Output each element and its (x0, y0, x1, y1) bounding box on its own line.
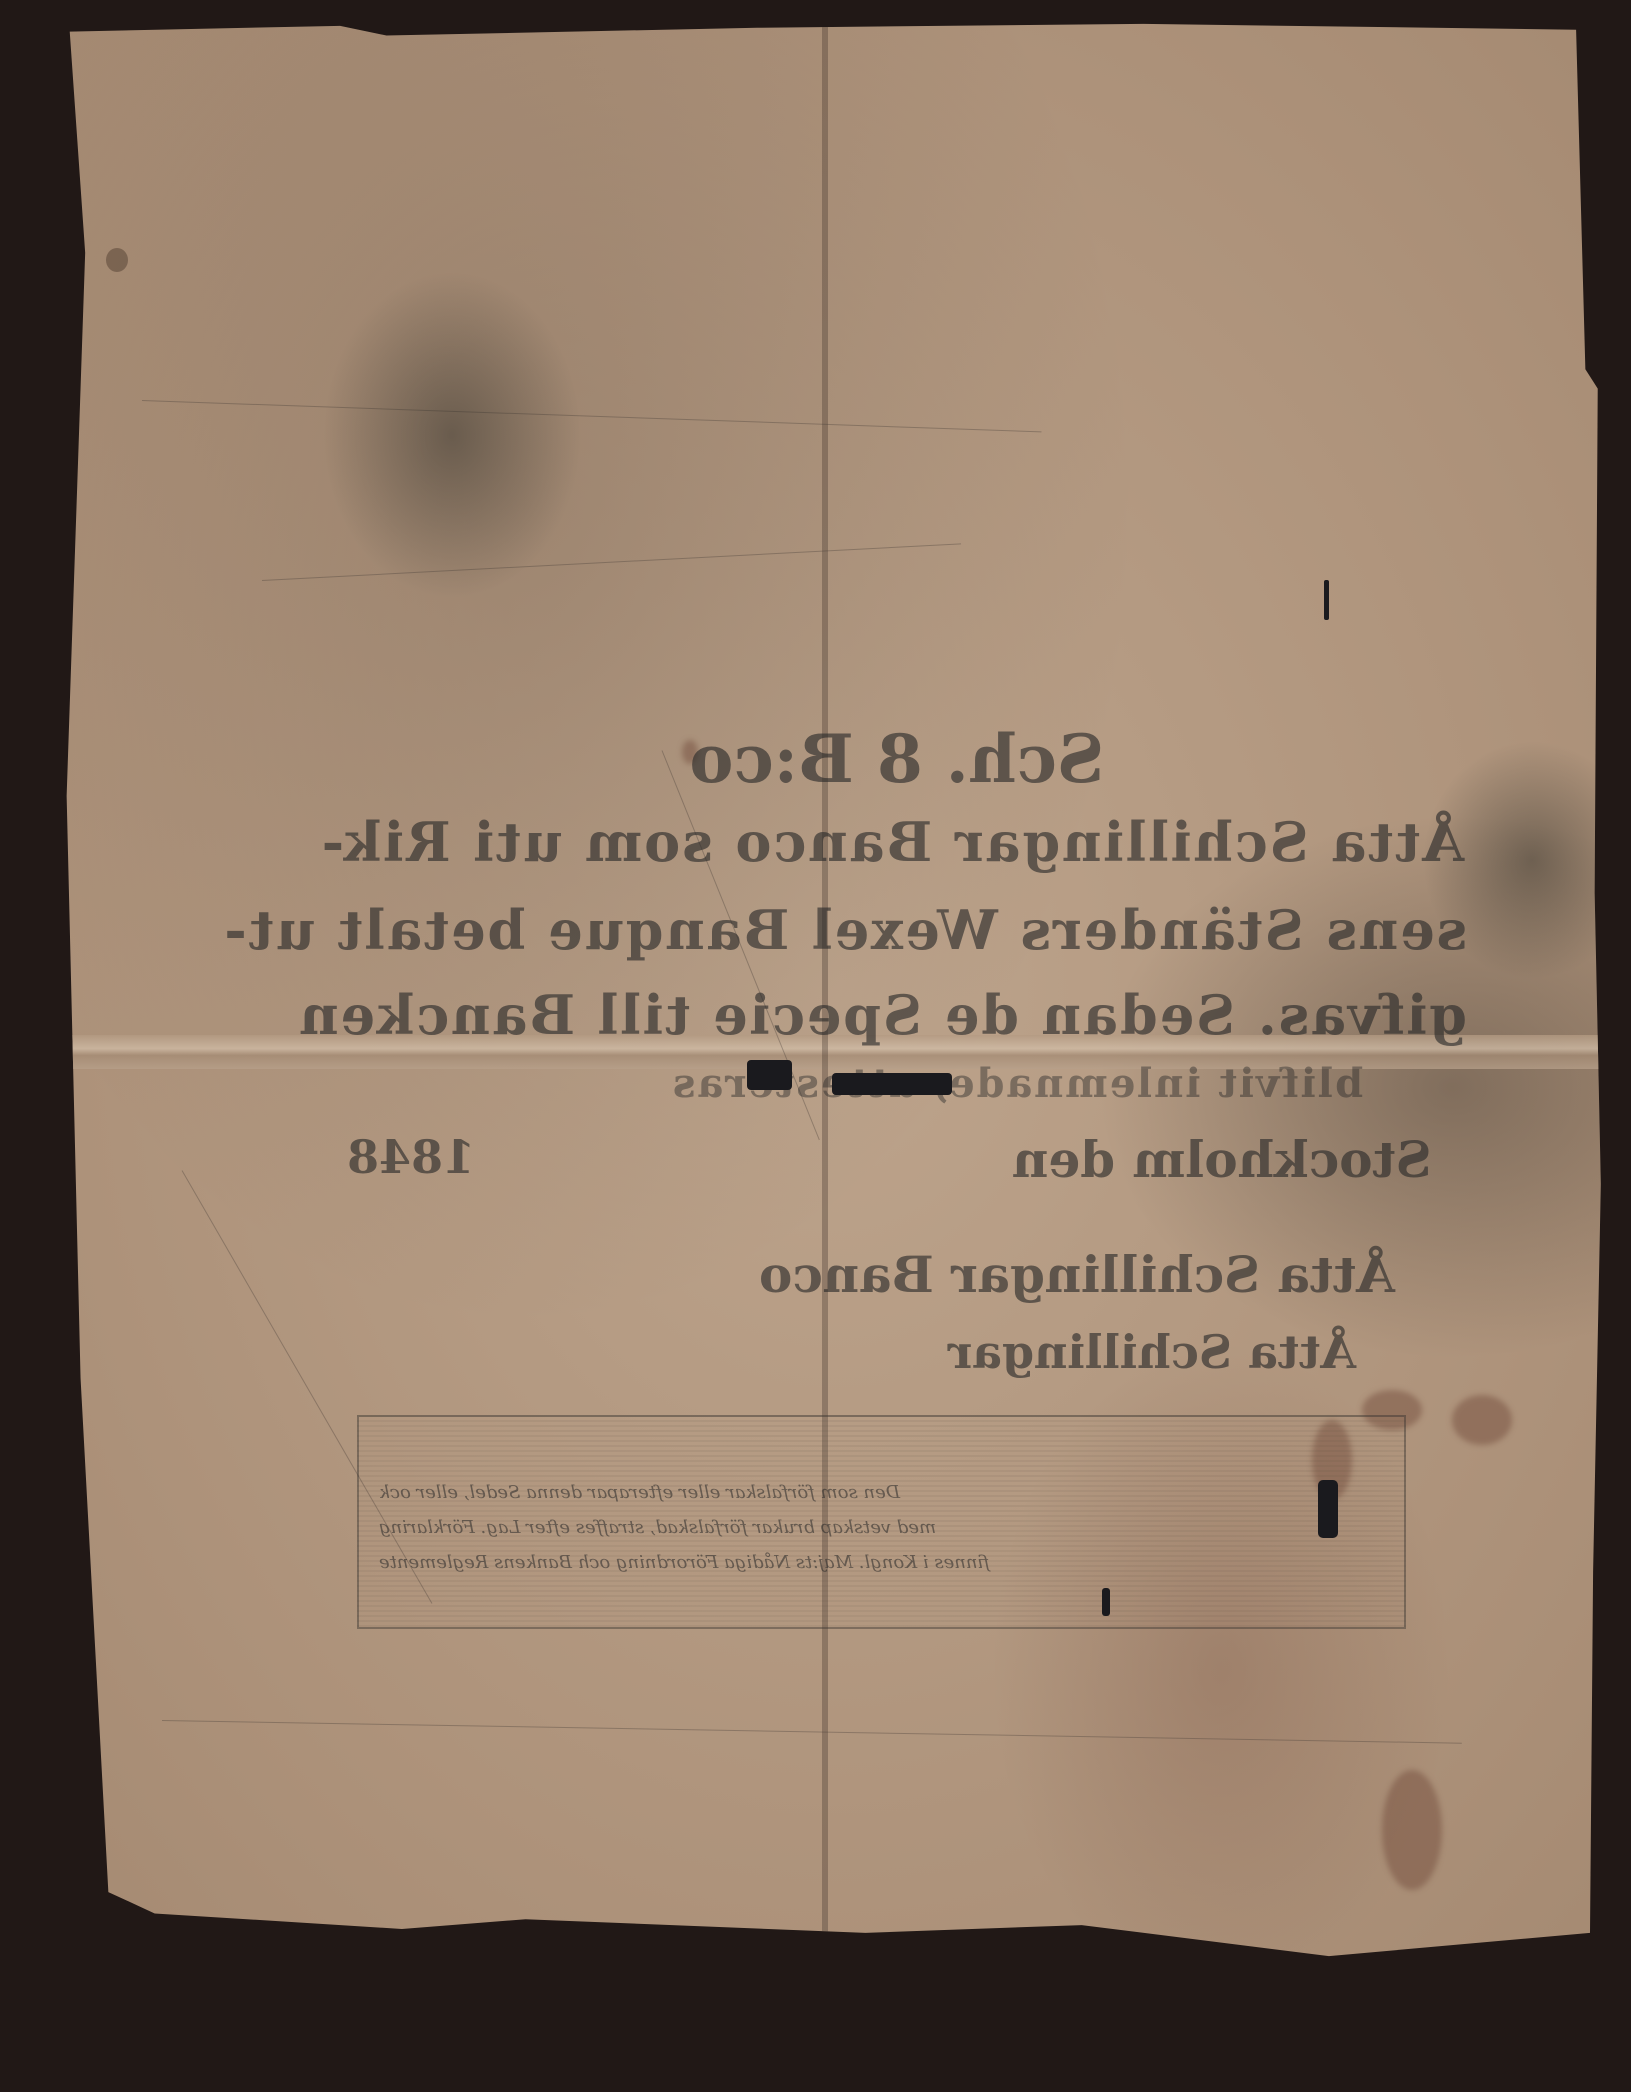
tear-hole (1324, 580, 1329, 620)
fine-print-line: med vetskap brukar förfalskad, straffes … (379, 1517, 1374, 1538)
brown-stain (1452, 1395, 1512, 1445)
brown-stain (1382, 1770, 1442, 1890)
tear-hole (832, 1073, 952, 1095)
value-in-words-short: Åtta Schillingar (852, 1325, 1452, 1379)
issue-year: 1848 (347, 1130, 475, 1184)
value-in-words: Åtta Schillingar Banco (702, 1245, 1452, 1304)
tear-hole (747, 1060, 792, 1090)
note-text-line: sens Ständers Wexel Banque betalt ut- (317, 898, 1467, 962)
banknote: Sch. 8 B:co Åtta Schillingar Banco som u… (62, 20, 1607, 1960)
note-text-line: gifvas. Sedan de Specie till Bancken (317, 983, 1467, 1047)
issue-place: Stockholm den (1012, 1130, 1432, 1189)
note-text-line: Åtta Schillingar Banco som uti Rik- (317, 810, 1467, 874)
crack-line (142, 400, 1041, 432)
grime-patch (322, 270, 582, 600)
fine-print-line: finnes i Kongl. Maj:ts Nådiga Förordning… (379, 1552, 1374, 1573)
tear-hole (1318, 1480, 1338, 1538)
fine-print-line: Den som förfalskar eller efterapar denna… (379, 1482, 1374, 1503)
crack-line (162, 1720, 1462, 1744)
note-heading: Sch. 8 B:co (672, 720, 1122, 798)
note-text-line: blifvit inlemnade, attesteras (582, 1060, 1452, 1107)
tear-hole (1102, 1588, 1110, 1616)
fine-print-box: Den som förfalskar eller efterapar denna… (357, 1415, 1406, 1629)
ink-spot (106, 248, 128, 272)
